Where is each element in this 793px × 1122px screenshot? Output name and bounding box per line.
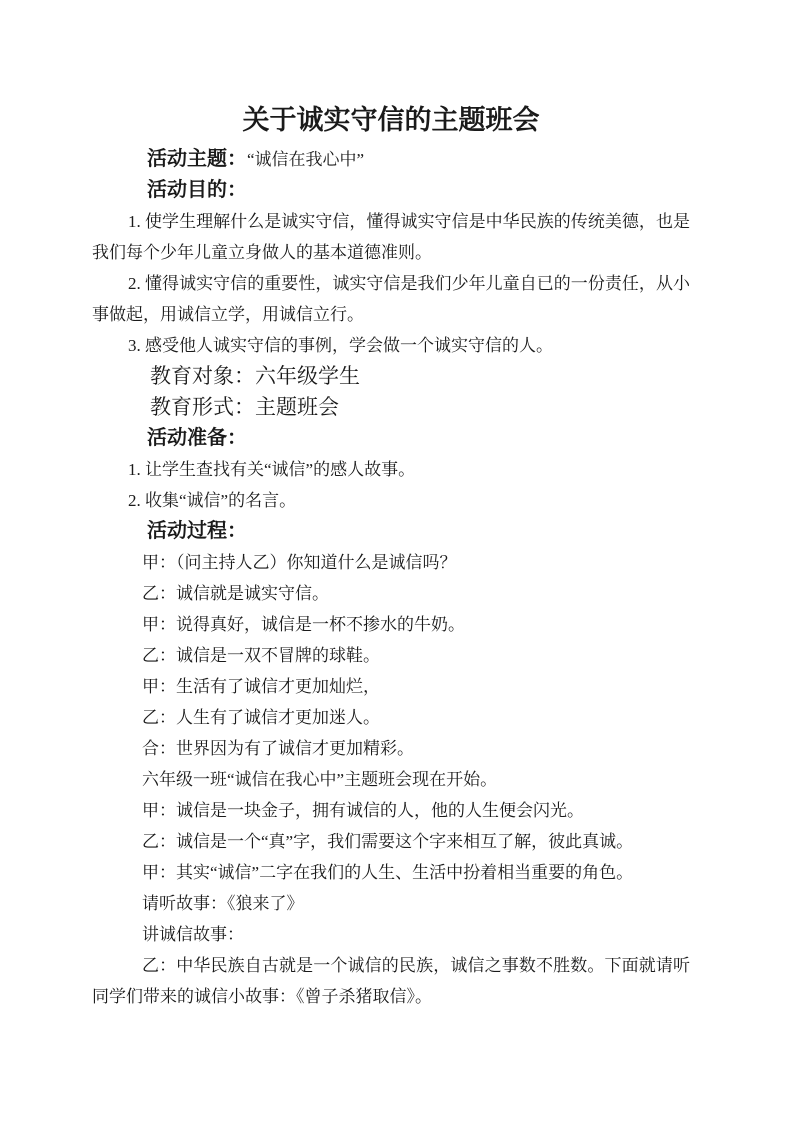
paragraph-text: 教育对象：六年级学生 xyxy=(150,364,360,388)
paragraph-label: 活动主题： xyxy=(147,148,247,170)
paragraph-text: 合：世界因为有了诚信才更加精彩。 xyxy=(142,739,414,758)
paragraph: 1. 让学生查找有关“诚信”的感人故事。 xyxy=(92,454,690,485)
paragraph-text: 乙：诚信是一个“真”字，我们需要这个字来相互了解，彼此真诚。 xyxy=(142,832,633,851)
paragraph-text: 甲：（问主持人乙）你知道什么是诚信吗？ xyxy=(142,553,457,572)
paragraph-text: 乙：诚信是一双不冒牌的球鞋。 xyxy=(142,646,380,665)
paragraph: 乙：中华民族自古就是一个诚信的民族，诚信之事数不胜数。下面就请听同学们带来的诚信… xyxy=(92,950,690,1012)
paragraph: 六年级一班“诚信在我心中”主题班会现在开始。 xyxy=(92,764,690,795)
paragraph: 活动过程： xyxy=(92,516,690,547)
paragraph-label: 活动目的： xyxy=(147,179,247,201)
paragraph: 讲诚信故事： xyxy=(92,919,690,950)
paragraph-text: 六年级一班“诚信在我心中”主题班会现在开始。 xyxy=(142,770,497,789)
paragraph: 合：世界因为有了诚信才更加精彩。 xyxy=(92,733,690,764)
paragraph: 甲：说得真好，诚信是一杯不掺水的牛奶。 xyxy=(92,609,690,640)
paragraph-text: 3. 感受他人诚实守信的事例，学会做一个诚实守信的人。 xyxy=(128,336,553,355)
paragraph: 乙：诚信是一个“真”字，我们需要这个字来相互了解，彼此真诚。 xyxy=(92,826,690,857)
paragraph: 乙：人生有了诚信才更加迷人。 xyxy=(92,702,690,733)
paragraph: 2. 懂得诚实守信的重要性，诚实守信是我们少年儿童自已的一份责任，从小事做起，用… xyxy=(92,268,690,330)
paragraph: 乙：诚信就是诚实守信。 xyxy=(92,578,690,609)
paragraph-text: 2. 懂得诚实守信的重要性，诚实守信是我们少年儿童自已的一份责任，从小事做起，用… xyxy=(92,274,690,324)
paragraph-text: 教育形式：主题班会 xyxy=(150,395,339,419)
paragraph-text: 2. 收集“诚信”的名言。 xyxy=(128,491,296,510)
paragraph-text: 乙：中华民族自古就是一个诚信的民族，诚信之事数不胜数。下面就请听同学们带来的诚信… xyxy=(92,956,690,1006)
paragraph: 甲：诚信是一块金子，拥有诚信的人，他的人生便会闪光。 xyxy=(92,795,690,826)
paragraph: 教育对象：六年级学生 xyxy=(92,361,690,392)
paragraph: 2. 收集“诚信”的名言。 xyxy=(92,485,690,516)
paragraph-text: 甲：生活有了诚信才更加灿烂， xyxy=(142,677,380,696)
paragraph-text: 讲诚信故事： xyxy=(142,925,244,944)
paragraph-text: 乙：人生有了诚信才更加迷人。 xyxy=(142,708,380,727)
paragraph-text: 甲：诚信是一块金子，拥有诚信的人，他的人生便会闪光。 xyxy=(142,801,584,820)
paragraph-text: 请听故事：《狼来了》 xyxy=(142,894,304,913)
paragraph-text: 乙：诚信就是诚实守信。 xyxy=(142,584,329,603)
paragraph: 教育形式：主题班会 xyxy=(92,392,690,423)
paragraph: 活动目的： xyxy=(92,175,690,206)
document-title: 关于诚实守信的主题班会 xyxy=(92,102,690,138)
paragraph-text: 甲：其实“诚信”二字在我们的人生、生活中扮着相当重要的角色。 xyxy=(142,863,633,882)
paragraph: 活动主题：“诚信在我心中” xyxy=(92,144,690,175)
document-page: 关于诚实守信的主题班会 活动主题：“诚信在我心中” 活动目的： 1. 使学生理解… xyxy=(0,0,793,1122)
paragraph: 甲：（问主持人乙）你知道什么是诚信吗？ xyxy=(92,547,690,578)
paragraph: 甲：生活有了诚信才更加灿烂， xyxy=(92,671,690,702)
paragraph: 活动准备： xyxy=(92,423,690,454)
paragraph: 1. 使学生理解什么是诚实守信，懂得诚实守信是中华民族的传统美德，也是我们每个少… xyxy=(92,206,690,268)
paragraph-text: 1. 让学生查找有关“诚信”的感人故事。 xyxy=(128,460,415,479)
paragraph: 乙：诚信是一双不冒牌的球鞋。 xyxy=(92,640,690,671)
paragraph: 甲：其实“诚信”二字在我们的人生、生活中扮着相当重要的角色。 xyxy=(92,857,690,888)
paragraph-text: 甲：说得真好，诚信是一杯不掺水的牛奶。 xyxy=(142,615,465,634)
paragraph: 请听故事：《狼来了》 xyxy=(92,888,690,919)
document-body: 活动主题：“诚信在我心中” 活动目的： 1. 使学生理解什么是诚实守信，懂得诚实… xyxy=(92,144,690,1012)
paragraph-text: “诚信在我心中” xyxy=(247,150,364,169)
paragraph-text: 1. 使学生理解什么是诚实守信，懂得诚实守信是中华民族的传统美德，也是我们每个少… xyxy=(92,212,690,262)
paragraph-label: 活动准备： xyxy=(147,427,247,449)
paragraph: 3. 感受他人诚实守信的事例，学会做一个诚实守信的人。 xyxy=(92,330,690,361)
paragraph-label: 活动过程： xyxy=(147,520,247,542)
